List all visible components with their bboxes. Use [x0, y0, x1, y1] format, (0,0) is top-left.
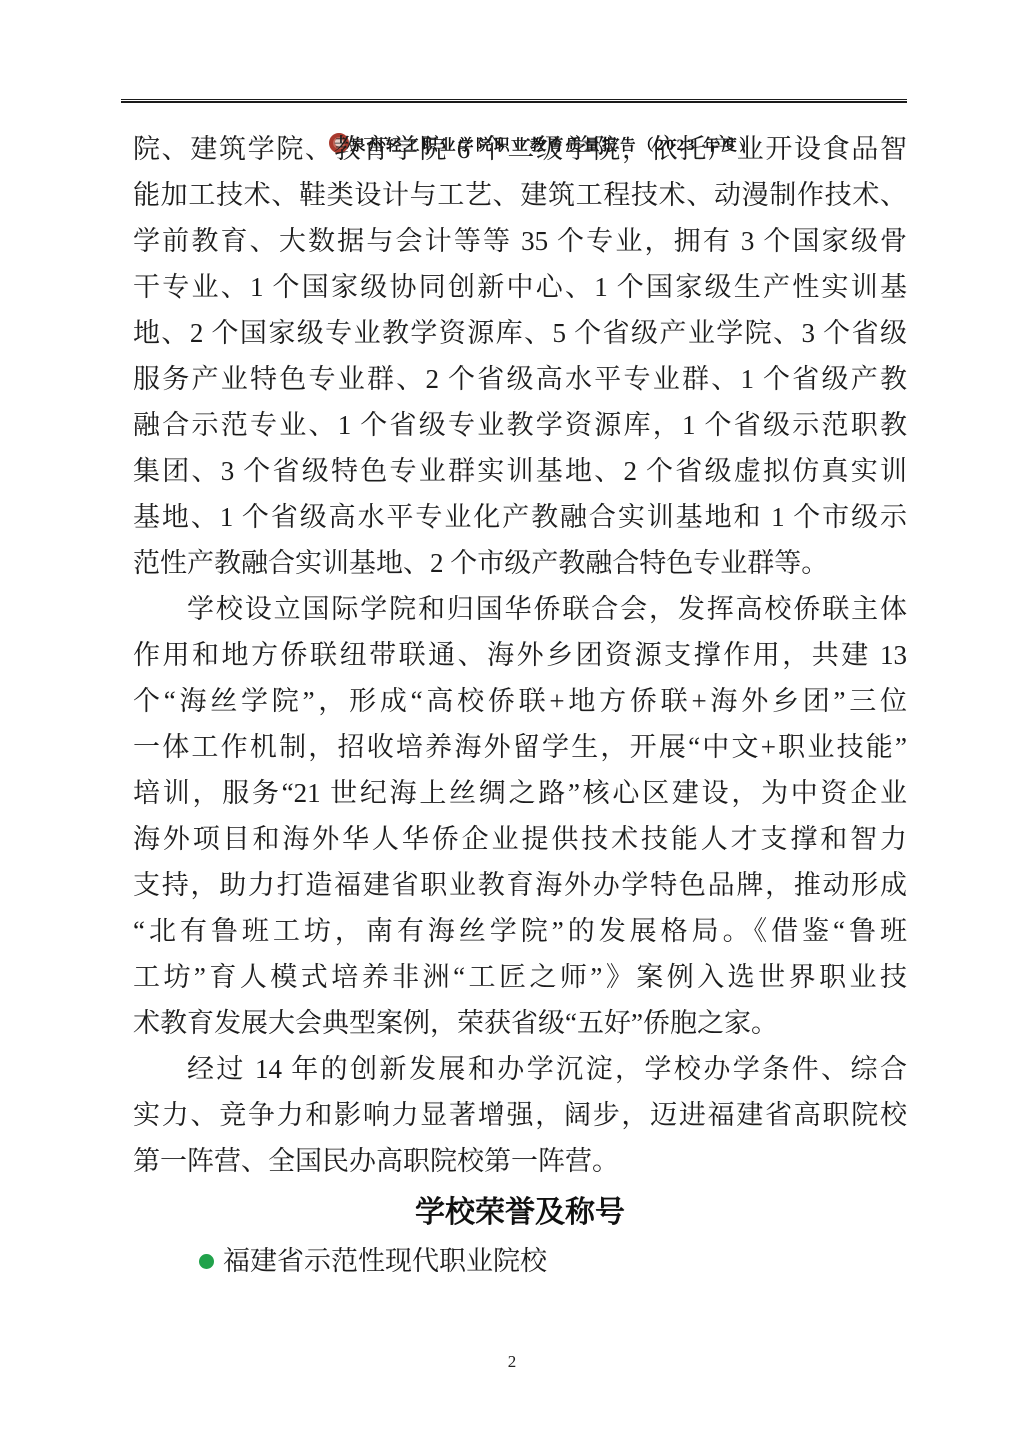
paragraph-line: 基地、1 个省级高水平专业化产教融合实训基地和 1 个市级示: [133, 494, 907, 540]
paragraph-2: 学校设立国际学院和归国华侨联合会，发挥高校侨联主体 作用和地方侨联纽带联通、海外…: [133, 586, 907, 1046]
paragraph-line: “北有鲁班工坊，南有海丝学院”的发展格局。《借鉴“鲁班: [133, 908, 907, 954]
paragraph-line: 第一阵营、全国民办高职院校第一阵营。: [133, 1138, 907, 1184]
bullet-icon: [199, 1254, 214, 1269]
paragraph-line: 范性产教融合实训基地、2 个市级产教融合特色专业群等。: [133, 540, 907, 586]
paragraph-line: 服务产业特色专业群、2 个省级高水平专业群、1 个省级产教: [133, 356, 907, 402]
paragraph-1: 院、建筑学院、教育学院 6 个二级学院，依托产业开设食品智 能加工技术、鞋类设计…: [133, 126, 907, 586]
paragraph-line: 经过 14 年的创新发展和办学沉淀，学校办学条件、综合: [133, 1046, 907, 1092]
paragraph-line: 干专业、1 个国家级协同创新中心、1 个国家级生产性实训基: [133, 264, 907, 310]
section-heading: 学校荣誉及称号: [133, 1190, 907, 1236]
paragraph-line: 实力、竞争力和影响力显著增强，阔步，迈进福建省高职院校: [133, 1092, 907, 1138]
honor-list-item: 福建省示范性现代职业院校: [133, 1238, 907, 1284]
page-number: 2: [0, 1352, 1024, 1372]
paragraph-line: 学前教育、大数据与会计等等 35 个专业，拥有 3 个国家级骨: [133, 218, 907, 264]
paragraph-3: 经过 14 年的创新发展和办学沉淀，学校办学条件、综合 实力、竞争力和影响力显著…: [133, 1046, 907, 1184]
header-divider: [121, 99, 907, 103]
paragraph-line: 术教育发展大会典型案例，荣获省级“五好”侨胞之家。: [133, 1000, 907, 1046]
paragraph-line: 能加工技术、鞋类设计与工艺、建筑工程技术、动漫制作技术、: [133, 172, 907, 218]
page-header: 泉州轻工职业学院职业教育质量报告（2023 年度）: [0, 63, 1024, 97]
paragraph-line: 院、建筑学院、教育学院 6 个二级学院，依托产业开设食品智: [133, 126, 907, 172]
document-body: 院、建筑学院、教育学院 6 个二级学院，依托产业开设食品智 能加工技术、鞋类设计…: [133, 126, 907, 1284]
paragraph-line: 个“海丝学院”，形成“高校侨联+地方侨联+海外乡团”三位: [133, 678, 907, 724]
paragraph-line: 作用和地方侨联纽带联通、海外乡团资源支撑作用，共建 13: [133, 632, 907, 678]
paragraph-line: 集团、3 个省级特色专业群实训基地、2 个省级虚拟仿真实训: [133, 448, 907, 494]
paragraph-line: 培训，服务“21 世纪海上丝绸之路”核心区建设，为中资企业: [133, 770, 907, 816]
paragraph-line: 一体工作机制，招收培养海外留学生，开展“中文+职业技能”: [133, 724, 907, 770]
paragraph-line: 地、2 个国家级专业教学资源库、5 个省级产业学院、3 个省级: [133, 310, 907, 356]
honor-text: 福建省示范性现代职业院校: [223, 1238, 547, 1284]
paragraph-line: 工坊”育人模式培养非洲“工匠之师”》案例入选世界职业技: [133, 954, 907, 1000]
paragraph-line: 学校设立国际学院和归国华侨联合会，发挥高校侨联主体: [133, 586, 907, 632]
paragraph-line: 海外项目和海外华人华侨企业提供技术技能人才支撑和智力: [133, 816, 907, 862]
paragraph-line: 支持，助力打造福建省职业教育海外办学特色品牌，推动形成: [133, 862, 907, 908]
paragraph-line: 融合示范专业、1 个省级专业教学资源库，1 个省级示范职教: [133, 402, 907, 448]
